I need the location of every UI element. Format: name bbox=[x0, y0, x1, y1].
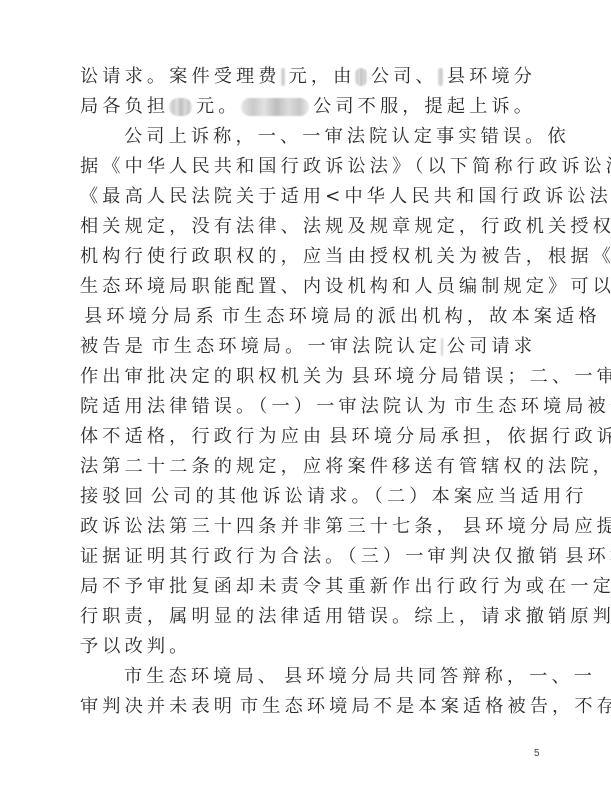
text-line: 《最高人民法院关于适用<中华人民共和国行政诉讼法>的解释》 bbox=[80, 182, 536, 212]
text-line: 生态环境局职能配置、内设机构和人员编制规定》可以确定， bbox=[80, 272, 536, 302]
text-segment: 元，由 bbox=[289, 62, 356, 92]
text-segment: 被告是 bbox=[80, 332, 147, 362]
text-line: 政诉讼法第三十四条并非第三十七条，县环境分局应提供 bbox=[80, 512, 536, 542]
text-segment: 县环境分 bbox=[565, 542, 611, 572]
text-line: 院适用法律错误。（一）一审法院认为市生态环境局被告主 bbox=[80, 392, 536, 422]
text-segment: 审判决并未表明 bbox=[80, 692, 236, 722]
redacted-text bbox=[438, 68, 443, 86]
redacted-text bbox=[241, 98, 310, 116]
text-segment: 县环境分局系 bbox=[84, 302, 218, 332]
text-segment: 市生态环境局的派出机构，故本案适格 bbox=[222, 302, 601, 332]
text-line: 证据证明其行政行为合法。（三）一审判决仅撤销县环境分 bbox=[80, 542, 536, 572]
text-line: 县环境分局系市生态环境局的派出机构，故本案适格 bbox=[80, 302, 536, 332]
text-line: 被告是市生态环境局。一审法院认定公司请求 bbox=[80, 332, 536, 362]
text-segment: 予以改判。 bbox=[80, 632, 191, 662]
text-segment: 据《中华人民共和国行政诉讼法》（以下简称行政诉讼法）及 bbox=[80, 152, 611, 182]
text-line: 相关规定，没有法律、法规及规章规定，行政机关授权其派出 bbox=[80, 212, 536, 242]
text-segment: 政诉讼法第三十四条并非第三十七条， bbox=[80, 512, 459, 542]
text-segment: 县环境分局共同答辩称，一、一 bbox=[284, 662, 596, 692]
text-segment: 县环境分局承担，依据行政诉讼 bbox=[329, 422, 611, 452]
redacted-text bbox=[169, 98, 192, 116]
text-line: 审判决并未表明市生态环境局不是本案适格被告，不存在 bbox=[80, 692, 536, 722]
document-body-text: 讼请求。案件受理费元，由公司、县环境分局各负担元。公司不服，提起上诉。公司上诉称… bbox=[80, 62, 536, 722]
redacted-text bbox=[441, 338, 443, 356]
text-segment: 公司不服，提起上诉。 bbox=[313, 92, 536, 122]
text-segment: 体不适格，行政行为应由 bbox=[80, 422, 325, 452]
text-segment: 法第二十二条的规定，应将案件移送有管辖权的法院，而非直 bbox=[80, 452, 611, 482]
text-segment: 讼请求。案件受理费 bbox=[80, 62, 281, 92]
text-line: 市生态环境局、县环境分局共同答辩称，一、一 bbox=[80, 662, 536, 692]
text-line: 作出审批决定的职权机关为县环境分局错误；二、一审法 bbox=[80, 362, 536, 392]
text-line: 讼请求。案件受理费元，由公司、县环境分 bbox=[80, 62, 536, 92]
text-line: 接驳回公司的其他诉讼请求。（二）本案应当适用行 bbox=[80, 482, 536, 512]
text-segment: 相关规定，没有法律、法规及规章规定，行政机关授权其派出 bbox=[80, 212, 611, 242]
text-line: 公司上诉称，一、一审法院认定事实错误。依 bbox=[80, 122, 536, 152]
text-line: 予以改判。 bbox=[80, 632, 536, 662]
text-segment: 院适用法律错误。（一）一审法院认为 bbox=[80, 392, 450, 422]
text-segment: 公司、 bbox=[371, 62, 438, 92]
text-line: 法第二十二条的规定，应将案件移送有管辖权的法院，而非直 bbox=[80, 452, 536, 482]
redacted-text bbox=[355, 68, 366, 86]
document-page: 讼请求。案件受理费元，由公司、县环境分局各负担元。公司不服，提起上诉。公司上诉称… bbox=[0, 0, 611, 786]
text-line: 体不适格，行政行为应由县环境分局承担，依据行政诉讼 bbox=[80, 422, 536, 452]
text-segment: 《最高人民法院关于适用<中华人民共和国行政诉讼法>的解释》 bbox=[80, 182, 611, 212]
text-line: 局各负担元。公司不服，提起上诉。 bbox=[80, 92, 536, 122]
text-segment: 接驳回 bbox=[80, 482, 147, 512]
text-line: 局不予审批复函却未责令其重新作出行政行为或在一定期限履 bbox=[80, 572, 536, 602]
redacted-text bbox=[281, 68, 285, 86]
text-segment: 证据证明其行政行为合法。（三）一审判决仅撤销 bbox=[80, 542, 561, 572]
text-segment: 公司请求 bbox=[447, 332, 536, 362]
text-segment: 作出审批决定的职权机关为 bbox=[80, 362, 347, 392]
text-line: 据《中华人民共和国行政诉讼法》（以下简称行政诉讼法）及 bbox=[80, 152, 536, 182]
text-segment: 县环境分局错误；二、一审法 bbox=[351, 362, 611, 392]
text-segment: 市生态环境局。一审法院认定 bbox=[151, 332, 441, 362]
text-segment: 生态环境局职能配置、内设机构和人员编制规定》可以确定， bbox=[80, 272, 611, 302]
text-segment: 局不予审批复函却未责令其重新作出行政行为或在一定期限履 bbox=[80, 572, 611, 602]
text-line: 机构行使行政职权的，应当由授权机关为被告，根据《市 bbox=[80, 242, 536, 272]
text-segment: 机构行使行政职权的，应当由授权机关为被告，根据《 bbox=[80, 242, 611, 272]
text-segment: 市生态环境局不是本案适格被告，不存在 bbox=[240, 692, 611, 722]
text-segment: 行职责，属明显的法律适用错误。综上，请求撤销原判，依法 bbox=[80, 602, 611, 632]
text-segment: 公司上诉称，一、一审法院认定事实错误。依 bbox=[124, 122, 570, 152]
text-segment: 公司的其他诉讼请求。（二）本案应当适用行 bbox=[151, 482, 588, 512]
page-number: 5 bbox=[534, 748, 540, 759]
text-segment: 市生态环境局、 bbox=[124, 662, 280, 692]
text-segment: 局各负担 bbox=[80, 92, 169, 122]
text-segment: 县环境分局应提供 bbox=[463, 512, 611, 542]
redacted-text bbox=[147, 338, 148, 356]
text-line: 行职责，属明显的法律适用错误。综上，请求撤销原判，依法 bbox=[80, 602, 536, 632]
text-segment: 县环境分 bbox=[447, 62, 536, 92]
text-segment: 元。 bbox=[196, 92, 241, 122]
text-segment: 市生态环境局被告主 bbox=[454, 392, 611, 422]
